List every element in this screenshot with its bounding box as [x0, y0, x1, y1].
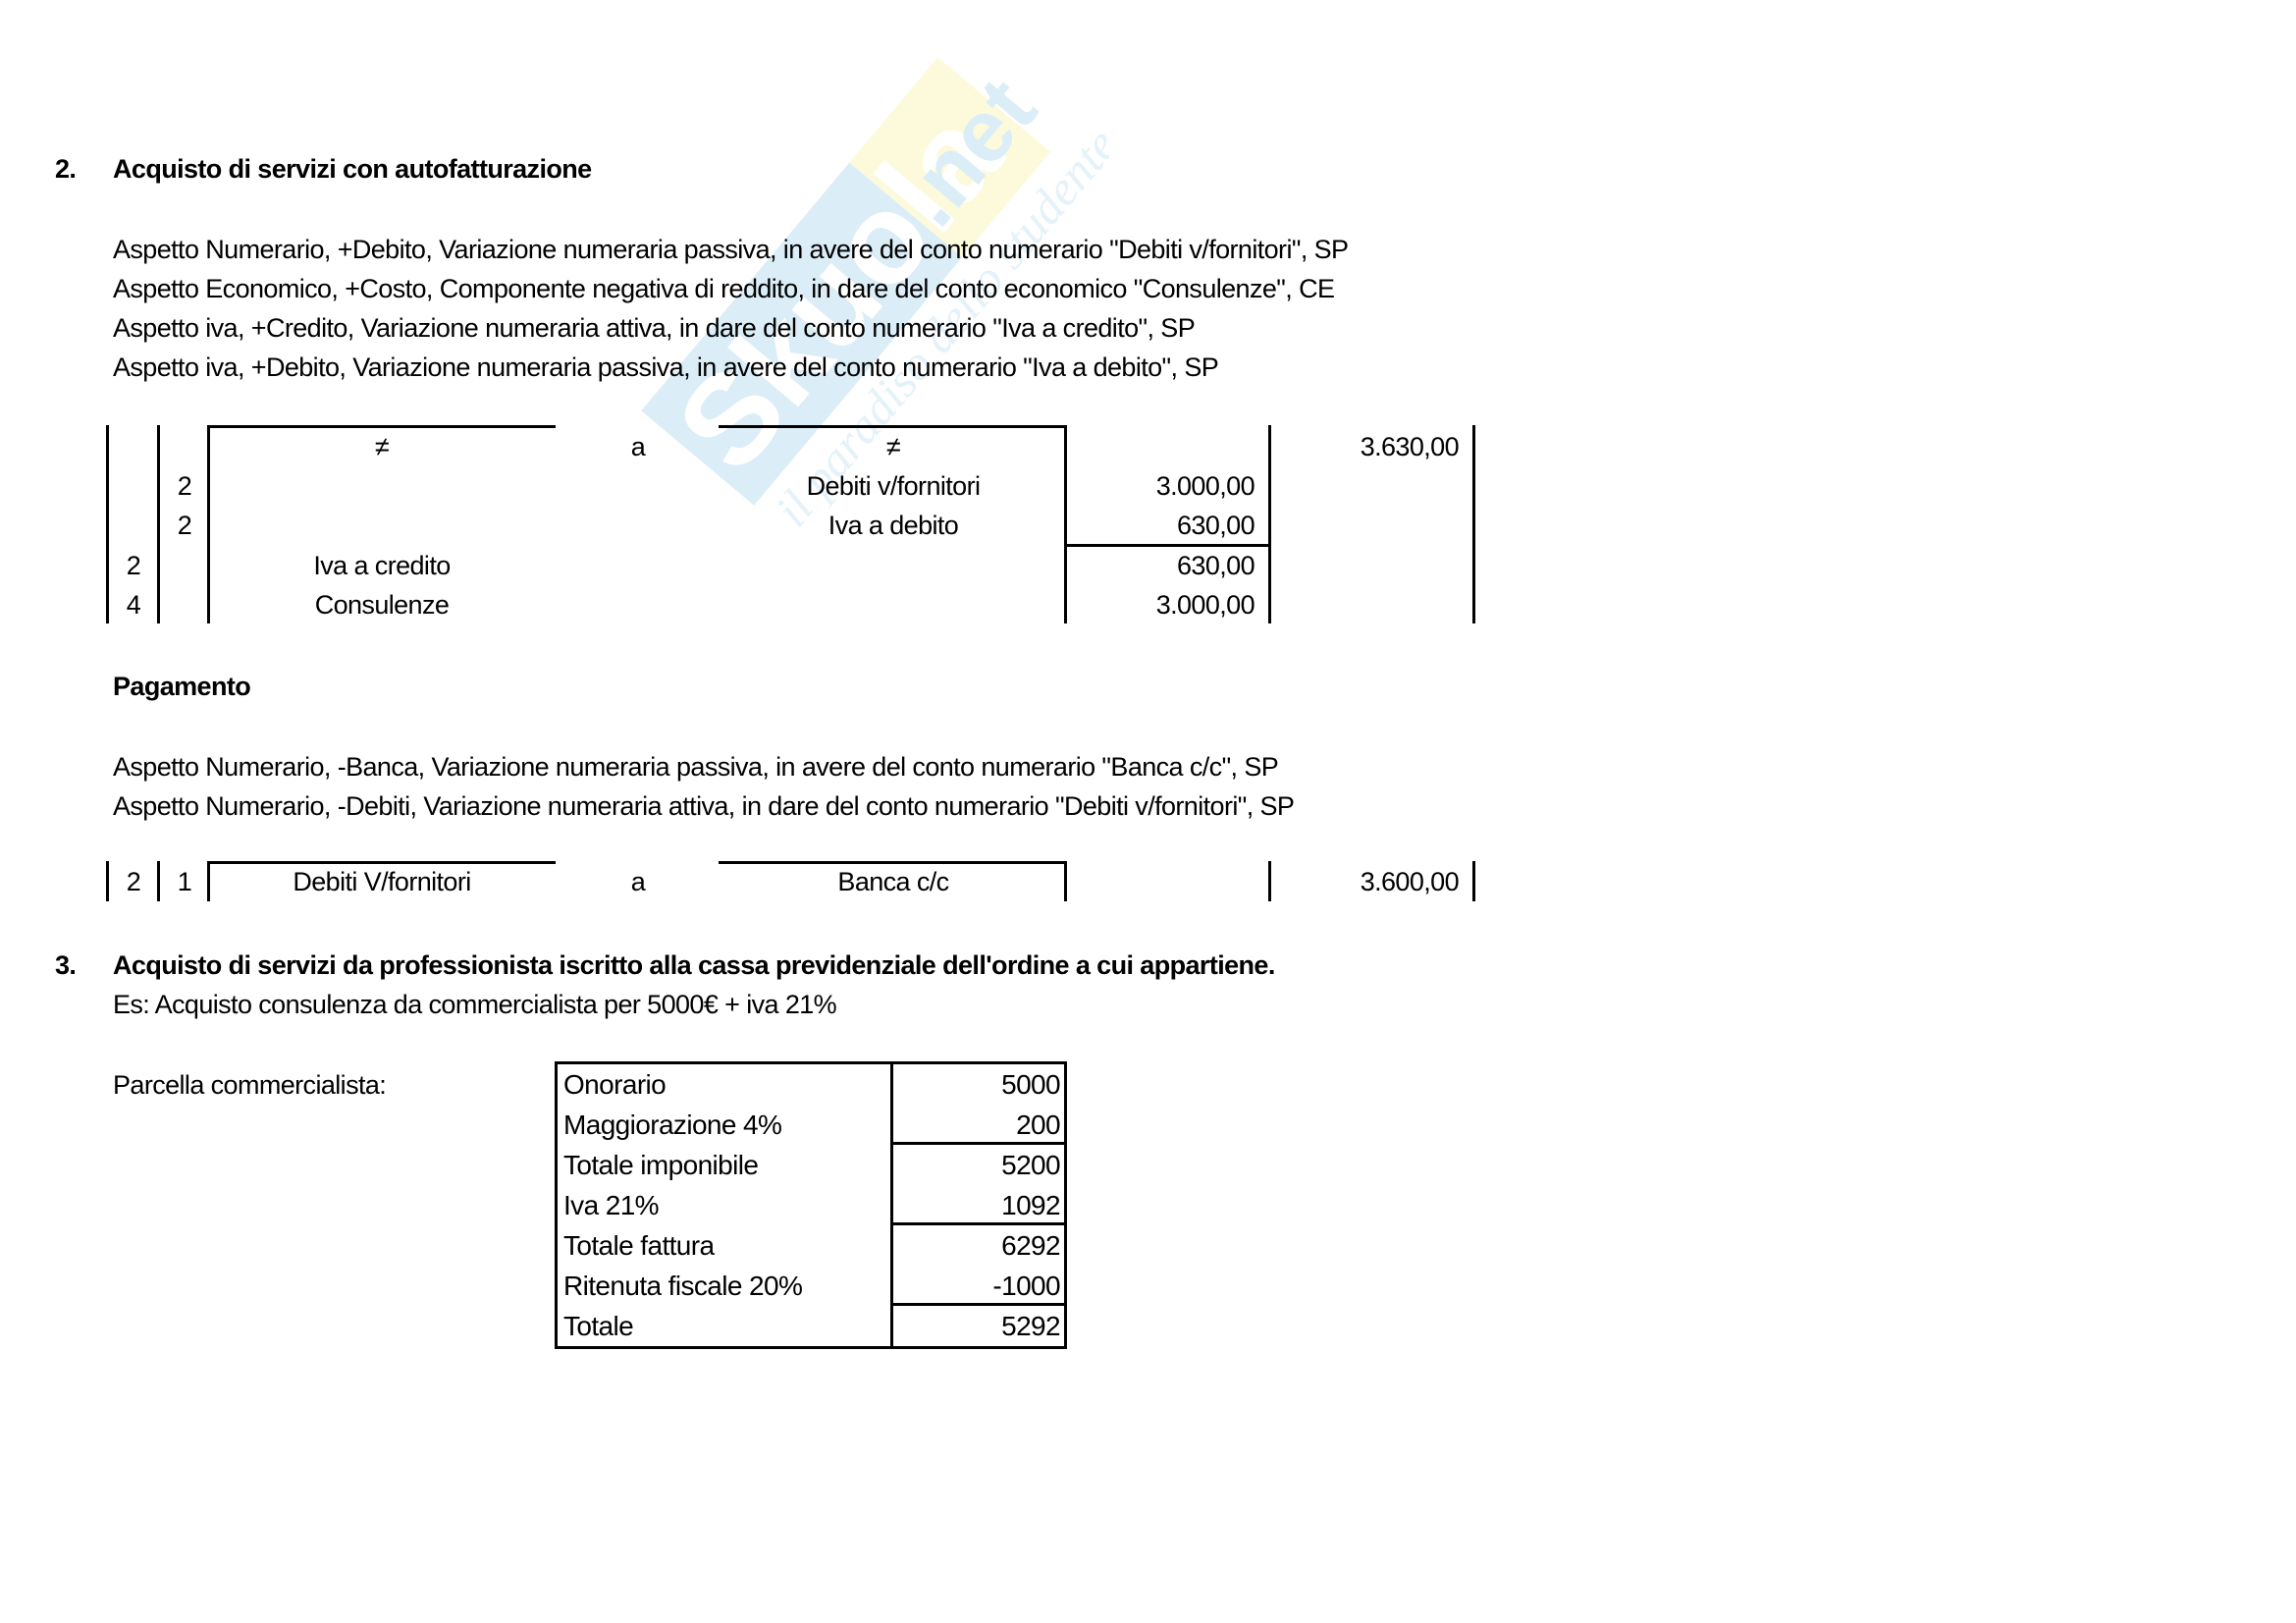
code-avere: 1 — [160, 866, 209, 897]
code-avere: 2 — [160, 470, 209, 502]
table-row: Maggiorazione 4% 200 — [558, 1105, 1064, 1145]
subsection-title: Pagamento — [113, 671, 250, 702]
row-value: 200 — [893, 1105, 1064, 1145]
code-avere: 2 — [160, 510, 209, 541]
a-connector: a — [599, 431, 677, 462]
table-row: Totale 5292 — [558, 1306, 1064, 1346]
row-label: Totale fattura — [558, 1225, 893, 1266]
amount: 3.000,00 — [1070, 470, 1255, 502]
dare-account: Iva a credito — [210, 550, 554, 581]
parcella-label: Parcella commercialista: — [113, 1069, 386, 1101]
avere-account: Debiti v/fornitori — [721, 470, 1065, 502]
row-label: Onorario — [558, 1064, 893, 1105]
avere-account-header: ≠ — [721, 431, 1065, 462]
dare-account: Consulenze — [210, 589, 554, 621]
entry-total: 3.600,00 — [1276, 866, 1459, 897]
aspect-line: Aspetto iva, +Credito, Variazione numera… — [113, 312, 1195, 344]
row-label: Ritenuta fiscale 20% — [558, 1266, 893, 1306]
avere-account: Banca c/c — [721, 866, 1065, 897]
section-number: 3. — [55, 949, 76, 981]
amount: 630,00 — [1070, 550, 1255, 581]
table-row: Iva 21% 1092 — [558, 1185, 1064, 1225]
amount: 630,00 — [1070, 510, 1255, 541]
row-value: -1000 — [893, 1266, 1064, 1306]
row-label: Totale — [558, 1306, 893, 1346]
row-value: 5200 — [893, 1145, 1064, 1185]
row-value: 5000 — [893, 1064, 1064, 1105]
table-row: Totale imponibile 5200 — [558, 1145, 1064, 1185]
section-title: Acquisto di servizi con autofatturazione — [113, 153, 592, 185]
svg-text:.net: .net — [879, 61, 1054, 244]
row-label: Totale imponibile — [558, 1145, 893, 1185]
dare-account-header: ≠ — [210, 431, 554, 462]
table-row: Onorario 5000 — [558, 1064, 1064, 1105]
row-label: Maggiorazione 4% — [558, 1105, 893, 1145]
dare-account: Debiti V/fornitori — [210, 866, 554, 897]
a-connector: a — [599, 866, 677, 897]
aspect-line: Aspetto Numerario, -Banca, Variazione nu… — [113, 751, 1278, 783]
section-title: Acquisto di servizi da professionista is… — [113, 949, 1275, 981]
row-value: 1092 — [893, 1185, 1064, 1225]
code-dare: 2 — [109, 550, 158, 581]
aspect-line: Aspetto Numerario, -Debiti, Variazione n… — [113, 790, 1294, 822]
avere-account: Iva a debito — [721, 510, 1065, 541]
aspect-line: Aspetto Numerario, +Debito, Variazione n… — [113, 234, 1348, 265]
code-dare: 2 — [109, 866, 158, 897]
row-value: 6292 — [893, 1225, 1064, 1266]
aspect-line: Aspetto iva, +Debito, Variazione numerar… — [113, 352, 1218, 383]
code-dare: 4 — [109, 589, 158, 621]
row-label: Iva 21% — [558, 1185, 893, 1225]
amount: 3.000,00 — [1070, 589, 1255, 621]
table-row: Ritenuta fiscale 20% -1000 — [558, 1266, 1064, 1306]
table-row: Totale fattura 6292 — [558, 1225, 1064, 1266]
aspect-line: Aspetto Economico, +Costo, Componente ne… — [113, 273, 1334, 304]
parcella-table: Onorario 5000 Maggiorazione 4% 200 Total… — [555, 1061, 1067, 1349]
entry-total: 3.630,00 — [1276, 431, 1459, 462]
row-value: 5292 — [893, 1306, 1064, 1346]
section-number: 2. — [55, 153, 76, 185]
example-text: Es: Acquisto consulenza da commercialist… — [113, 989, 836, 1020]
